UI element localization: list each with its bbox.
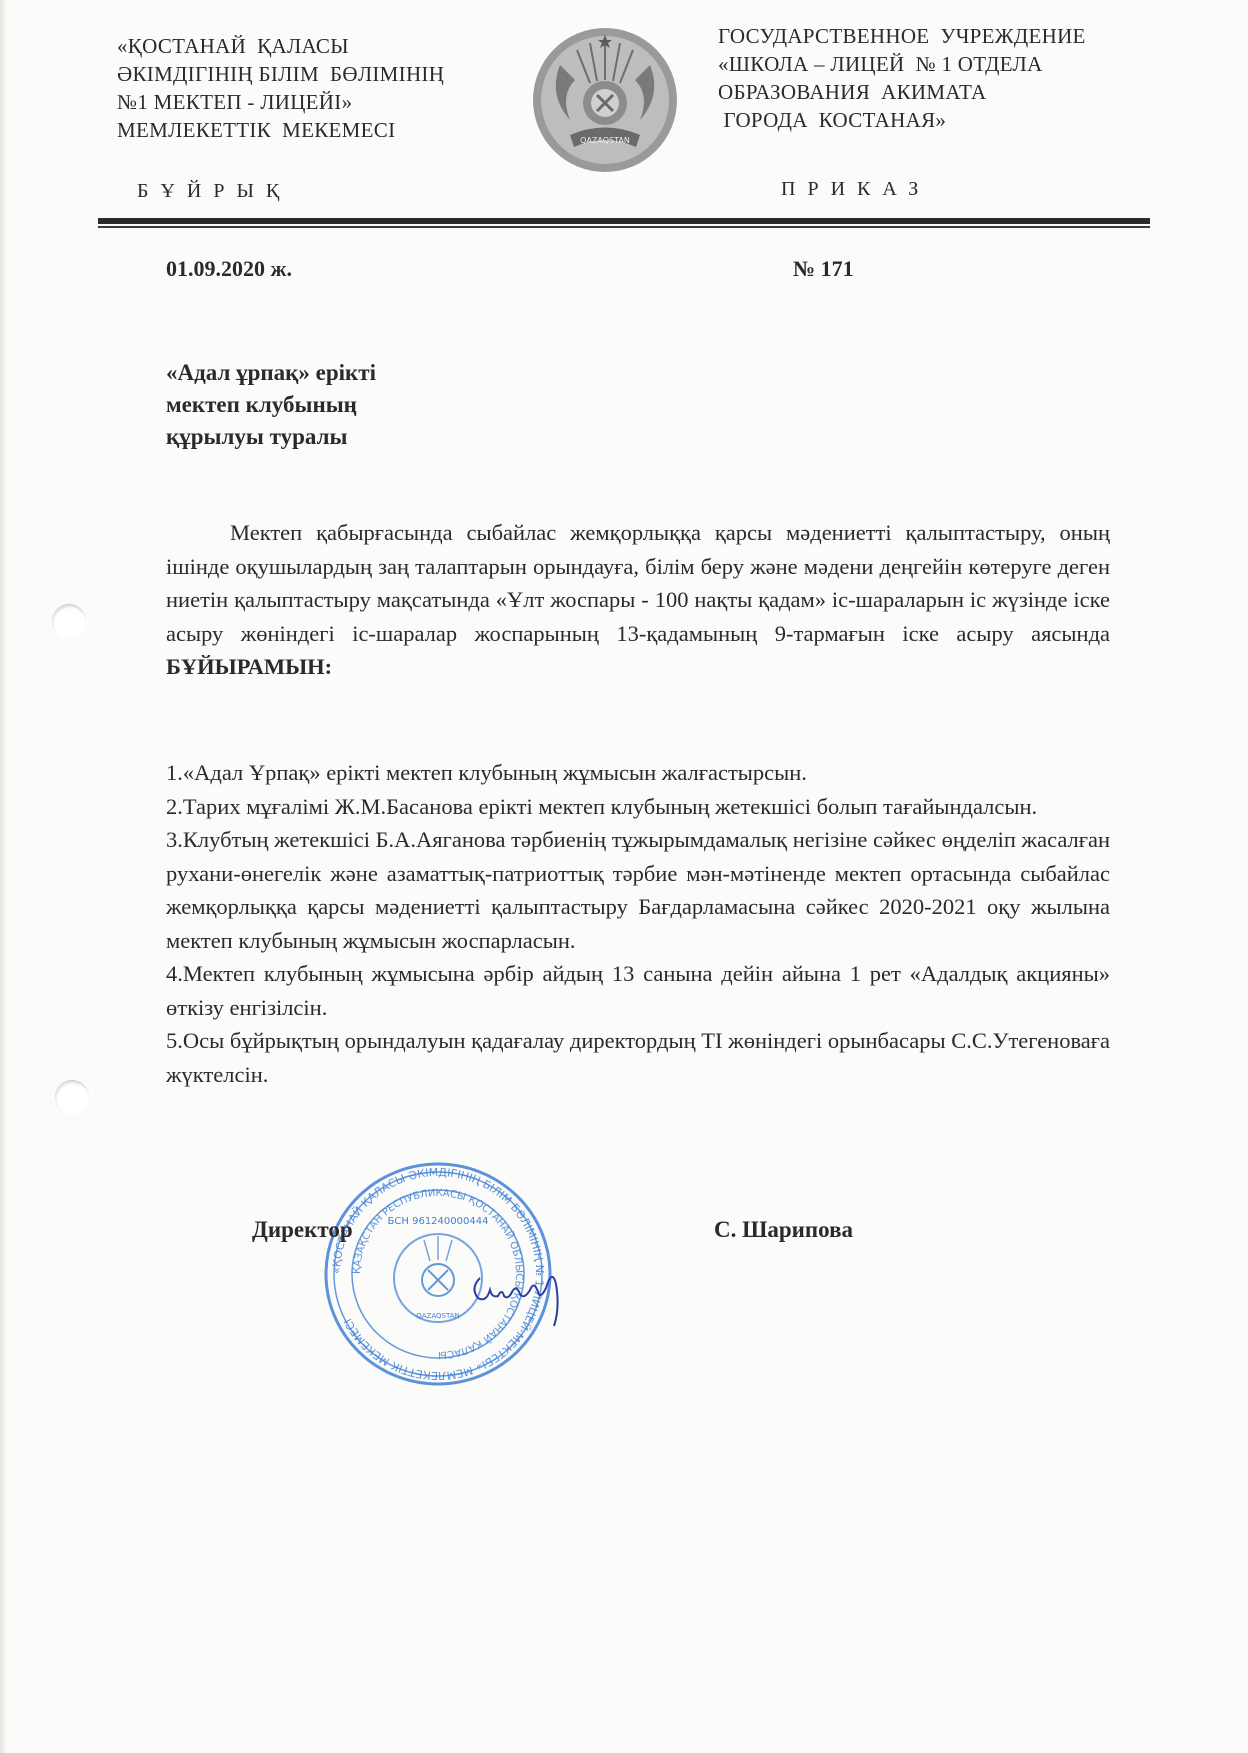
subject-line: құрылуы туралы (166, 421, 376, 453)
header-kazakh: «ҚОСТАНАЙ ҚАЛАСЫ ӘКІМДІГІНІҢ БІЛІМ БӨЛІМ… (117, 32, 444, 144)
order-date: 01.09.2020 ж. (166, 256, 292, 282)
signatory-title: Директор (252, 1217, 353, 1243)
signatory-name: С. Шарипова (714, 1217, 853, 1243)
svg-text:БСН 961240000444: БСН 961240000444 (388, 1216, 489, 1227)
order-item: 1.«Адал Ұрпақ» ерікті мектеп клубының жұ… (166, 756, 1110, 790)
svg-text:QAZAQSTAN: QAZAQSTAN (580, 136, 630, 145)
order-item: 2.Тарих мұғалімі Ж.М.Басанова ерікті мек… (166, 790, 1110, 824)
order-item: 3.Клубтың жетекшісі Б.А.Аяганова тәрбиен… (166, 823, 1110, 957)
kazakhstan-coat-of-arms-icon: QAZAQSTAN (530, 25, 680, 175)
preamble-paragraph: Мектеп қабырғасында сыбайлас жемқорлыққа… (166, 516, 1110, 684)
preamble-text: Мектеп қабырғасында сыбайлас жемқорлыққа… (166, 520, 1110, 646)
punch-hole (55, 1080, 89, 1115)
order-label-russian: ПРИКАЗ (781, 178, 930, 201)
document-page: «ҚОСТАНАЙ ҚАЛАСЫ ӘКІМДІГІНІҢ БІЛІМ БӨЛІМ… (0, 0, 1248, 1753)
header-russian: ГОСУДАРСТВЕННОЕ УЧРЕЖДЕНИЕ «ШКОЛА – ЛИЦЕ… (718, 22, 1086, 134)
header-divider (98, 218, 1150, 224)
page-edge (0, 0, 6, 1753)
order-number: № 171 (793, 256, 854, 282)
header-ru-line: ГОСУДАРСТВЕННОЕ УЧРЕЖДЕНИЕ (718, 22, 1086, 50)
header-kz-line: МЕМЛЕКЕТТІК МЕКЕМЕСІ (117, 116, 444, 144)
order-items-list: 1.«Адал Ұрпақ» ерікті мектеп клубының жұ… (166, 756, 1110, 1091)
subject-line: мектеп клубының (166, 389, 376, 421)
subject-line: «Адал ұрпақ» ерікті (166, 357, 376, 389)
order-directive: БҰЙЫРАМЫН: (166, 654, 332, 679)
order-item: 4.Мектеп клубының жұмысына әрбір айдың 1… (166, 957, 1110, 1024)
order-item: 5.Осы бұйрықтың орындалуын қадағалау дир… (166, 1024, 1110, 1091)
punch-hole (52, 604, 86, 639)
header-kz-line: №1 МЕКТЕП - ЛИЦЕЙІ» (117, 88, 444, 116)
header-ru-line: ОБРАЗОВАНИЯ АКИМАТА (718, 78, 1086, 106)
header-ru-line: «ШКОЛА – ЛИЦЕЙ № 1 ОТДЕЛА (718, 50, 1086, 78)
handwritten-signature-icon (468, 1248, 578, 1328)
order-label-kazakh: БҰЙРЫҚ (137, 180, 291, 203)
header-divider-thin (98, 226, 1150, 228)
svg-text:QAZAQSTAN: QAZAQSTAN (416, 1312, 459, 1320)
header-ru-line: ГОРОДА КОСТАНАЯ» (718, 106, 1086, 134)
header-kz-line: ӘКІМДІГІНІҢ БІЛІМ БӨЛІМІНІҢ (117, 60, 444, 88)
header-kz-line: «ҚОСТАНАЙ ҚАЛАСЫ (117, 32, 444, 60)
order-subject: «Адал ұрпақ» ерікті мектеп клубының құры… (166, 357, 376, 453)
